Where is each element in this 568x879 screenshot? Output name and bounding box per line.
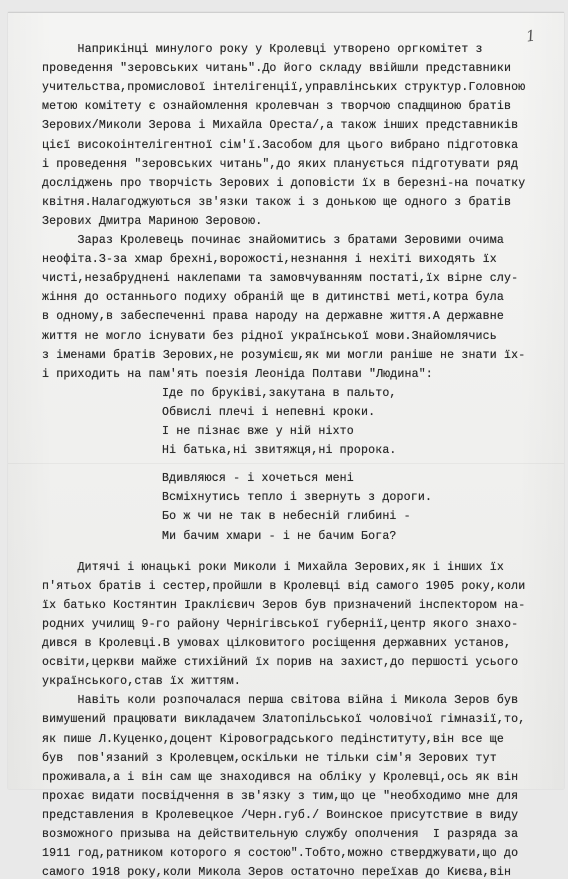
verse-line: Всміхнутись тепло і звернуть з дороги. [162, 491, 432, 504]
verse-line: Іде по бруківі,закутана в пальто, [162, 387, 397, 400]
text-line: з іменами братів Зерових,не розумієш,як … [42, 349, 525, 362]
text-line: квітня.Налагоджуються зв'язки також і з … [42, 196, 511, 209]
verse-line: Вдивляюся - і хочеться мені [162, 472, 354, 485]
verse-line: Бо ж чи не так в небесній глибині - [162, 510, 411, 523]
paper-fold [8, 463, 564, 464]
verse-line: Ми бачим хмари - і не бачим Бога? [162, 530, 397, 543]
text-line: Зараз Кролевець починає знайомитись з бр… [42, 234, 504, 247]
text-line: і проведення "зеровських читань",до яких… [42, 158, 518, 171]
text-line: цієї високоінтелігентної сім'ї.Засобом д… [42, 139, 518, 152]
text-line: неофіта.З-за хмар брехні,ворожості,незна… [42, 253, 497, 266]
text-line: Дитячі і юнацькі роки Миколи і Михайла З… [42, 561, 504, 574]
text-line: Зерових Дмитра Мариною Зеровою. [42, 215, 262, 228]
text-line: як пише Л.Куценко,доцент Кіровоградськог… [42, 733, 504, 746]
text-line: Навіть коли розпочалася перша світова ві… [42, 694, 518, 707]
text-line: Наприкінці минулого року у Кролевці утво… [42, 43, 483, 56]
text-line: і приходить на пам'ять поезія Леоніда По… [42, 368, 433, 381]
document-page: 1 Наприкінці минулого року у Кролевці ут… [8, 12, 564, 789]
text-line: вимушений працювати викладачем Златопіль… [42, 713, 525, 726]
verse-line: Ні батька,ні звитяжця,ні пророка. [162, 444, 397, 457]
text-line: прохає видати посвідчення в зв'язку з ти… [42, 790, 518, 800]
verse-line: І не пізнає вже у ній ніхто [162, 425, 354, 438]
text-line: в одному,в забеспеченні права народу на … [42, 310, 504, 323]
text-line: чисті,незабруднені наклепами та замовчув… [42, 272, 518, 285]
verse-line: Обвислі плечі і непевні кроки. [162, 406, 375, 419]
text-line: дився в Кролевці.В умовах цілковитого ро… [42, 637, 511, 650]
text-line: освіти,церкви майже стихійний їх порив н… [42, 656, 518, 669]
text-line: був пов'язаний з Кролевцем,оскільки не т… [42, 752, 497, 765]
text-line: досліджень про творчість Зерових і допов… [42, 177, 525, 190]
text-line: метою комітету є ознайомлення кролевчан … [42, 100, 511, 113]
text-line: родних училищ 9-го району Чернігівської … [42, 618, 518, 631]
page-number: 1 [525, 26, 537, 45]
text-line: жіння до останнього подиху обраній ще в … [42, 291, 504, 304]
text-line: п'ятьох братів і сестер,пройшли в Кролев… [42, 580, 525, 593]
text-line: Зерових/Миколи Зерова і Михайла Ореста/,… [42, 119, 518, 132]
text-line: життя не могло існувати без рідної украї… [42, 330, 497, 343]
text-line: проживала,а і він сам ще знаходився на о… [42, 771, 518, 784]
text-line: учительства,промислової інтелігенції,упр… [42, 81, 525, 94]
text-line: українського,став їх життям. [42, 675, 241, 688]
text-line: проведення "зеровських читань".До його с… [42, 62, 511, 75]
text-line: їх батько Костянтин Іраклієвич Зеров був… [42, 599, 525, 612]
